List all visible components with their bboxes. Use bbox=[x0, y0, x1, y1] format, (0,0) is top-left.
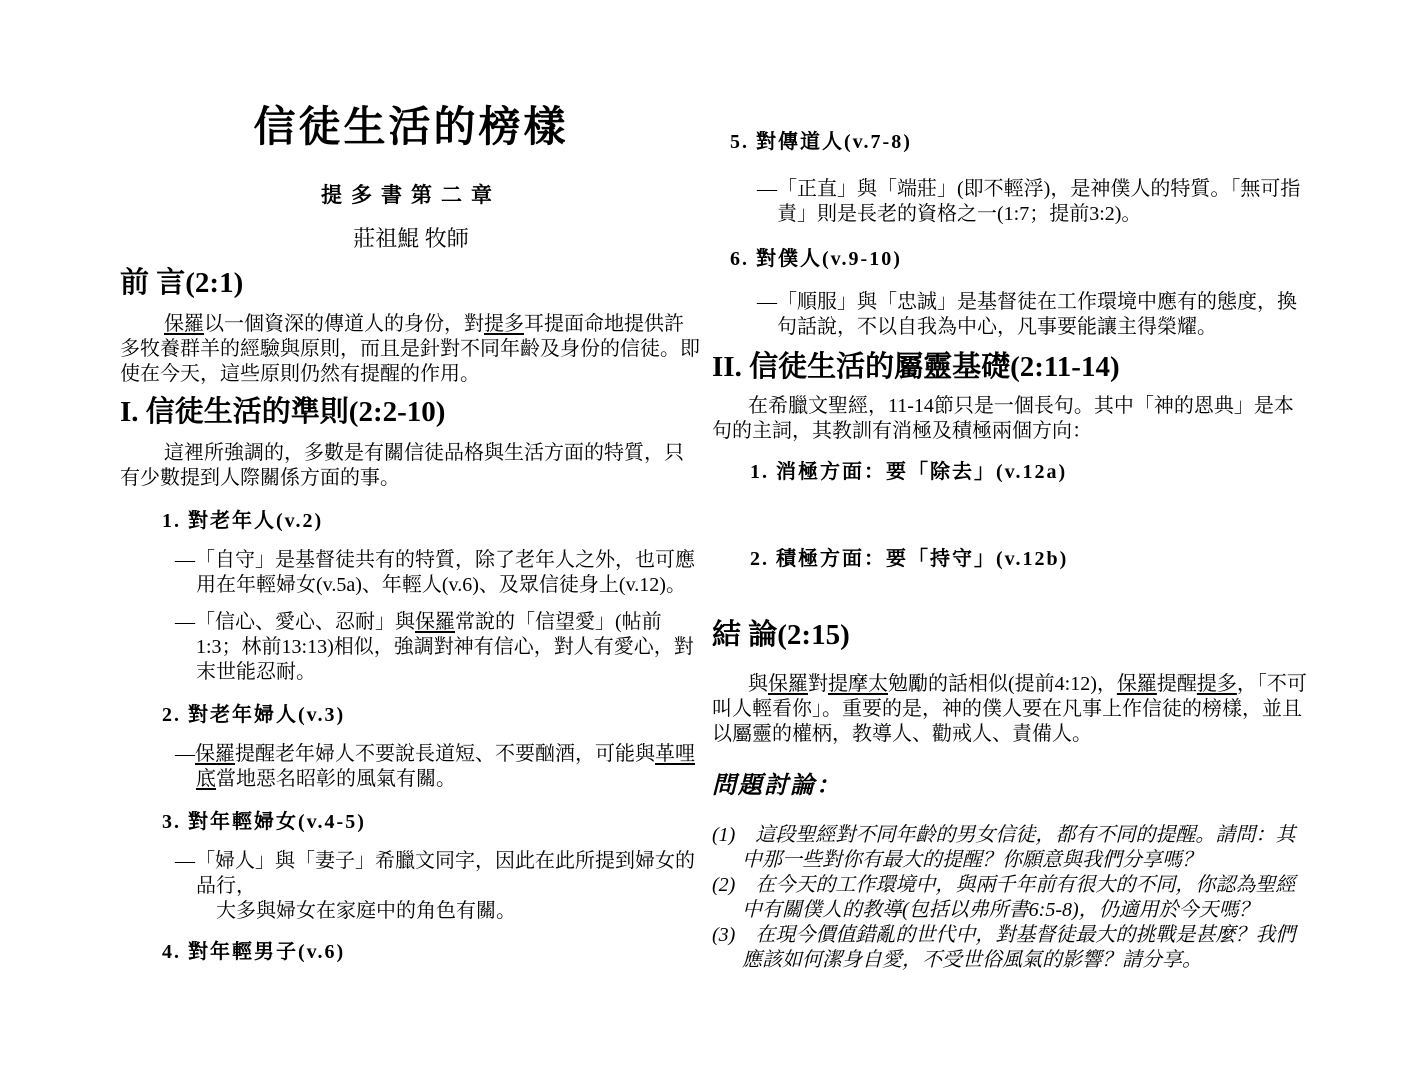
left-column: 信徒生活的榜樣 提多書第二章 莊祖鯤 牧師 前 言(2:1) 保羅以一個資深的傳… bbox=[120, 0, 702, 965]
underlined-text-run: 保羅 bbox=[415, 611, 455, 633]
conclusion-heading: 結 論(2:15) bbox=[712, 618, 1308, 652]
list-item-2-label: 2. 對老年婦人(v.3) bbox=[162, 703, 702, 728]
underlined-text-run: 提摩太 bbox=[828, 673, 888, 695]
text-run: —「自守」是基督徒共有的特質，除了老年人之外，也可應用在年輕婦女(v.5a)、年… bbox=[175, 549, 695, 596]
list-item-4-label: 4. 對年輕男子(v.6) bbox=[162, 940, 702, 965]
text-run: 提醒老年婦人不要說長道短、不要酗酒，可能與 bbox=[235, 743, 655, 765]
list-item-1-label: 1. 對老年人(v.2) bbox=[162, 509, 702, 534]
discussion-question-2: (2) 在今天的工作環境中，與兩千年前有很大的不同，你認為聖經中有關僕人的教導(… bbox=[712, 873, 1308, 923]
text-run: 大多與婦女在家庭中的角色有關。 bbox=[216, 900, 516, 922]
document-title: 信徒生活的榜樣 bbox=[120, 104, 702, 152]
text-run: —「信心、愛心、忍耐」與 bbox=[175, 611, 415, 633]
underlined-text-run: 保羅 bbox=[1117, 673, 1157, 695]
underlined-text-run: 保羅 bbox=[195, 743, 235, 765]
list-item-3-note-2: 大多與婦女在家庭中的角色有關。 bbox=[120, 899, 702, 924]
text-run: 提醒 bbox=[1157, 673, 1197, 695]
underlined-text-run: 保羅 bbox=[768, 673, 808, 695]
list-item-6-note-1: —「順服」與「忠誠」是基督徒在工作環境中應有的態度，換句話說，不以自我為中心，凡… bbox=[712, 290, 1308, 340]
intro-heading: 前 言(2:1) bbox=[120, 266, 702, 300]
list-item-2-note-1: —保羅提醒老年婦人不要說長道短、不要酗酒，可能與革哩底當地惡名昭彰的風氣有關。 bbox=[120, 742, 702, 792]
section-2-paragraph: 在希臘文聖經，11-14節只是一個長句。其中「神的恩典」是本句的主詞，其教訓有消… bbox=[712, 394, 1308, 444]
conclusion-paragraph: 與保羅對提摩太勉勵的話相似(提前4:12)，保羅提醒提多，「不可叫人輕看你」。重… bbox=[712, 672, 1308, 747]
author-line: 莊祖鯤 牧師 bbox=[120, 225, 702, 253]
document-page: 信徒生活的榜樣 提多書第二章 莊祖鯤 牧師 前 言(2:1) 保羅以一個資深的傳… bbox=[0, 0, 1408, 1088]
underlined-text-run: 提多 bbox=[484, 313, 524, 335]
list-item-1-note-1: —「自守」是基督徒共有的特質，除了老年人之外，也可應用在年輕婦女(v.5a)、年… bbox=[120, 548, 702, 598]
intro-paragraph: 保羅以一個資深的傳道人的身份，對提多耳提面命地提供許多牧養群羊的經驗與原則，而且… bbox=[120, 312, 702, 387]
section-1-paragraph: 這裡所強調的，多數是有關信徒品格與生活方面的特質，只有少數提到人際關係方面的事。 bbox=[120, 441, 702, 491]
list-item-5-label: 5. 對傳道人(v.7-8) bbox=[730, 130, 1308, 155]
sub-item-1-label: 1. 消極方面：要「除去」(v.12a) bbox=[750, 460, 1308, 485]
text-run: 以一個資深的傳道人的身份，對 bbox=[204, 313, 484, 335]
right-column: 5. 對傳道人(v.7-8) —「正直」與「端莊」(即不輕浮)，是神僕人的特質。… bbox=[712, 0, 1308, 973]
discussion-heading: 問題討論： bbox=[712, 771, 1308, 801]
text-run: — bbox=[175, 743, 195, 765]
document-subtitle: 提多書第二章 bbox=[120, 182, 702, 208]
list-item-3-note-1: —「婦人」與「妻子」希臘文同字，因此在此所提到婦女的品行， bbox=[120, 849, 702, 899]
list-item-6-label: 6. 對僕人(v.9-10) bbox=[730, 247, 1308, 272]
text-run: 當地惡名昭彰的風氣有關。 bbox=[216, 768, 456, 790]
discussion-question-1: (1) 這段聖經對不同年齡的男女信徒，都有不同的提醒。請問：其中那一些對你有最大… bbox=[712, 823, 1308, 873]
text-run: —「正直」與「端莊」(即不輕浮)，是神僕人的特質。「無可指責」則是長老的資格之一… bbox=[757, 178, 1300, 225]
list-item-3-label: 3. 對年輕婦女(v.4-5) bbox=[162, 810, 702, 835]
list-item-1-note-2: —「信心、愛心、忍耐」與保羅常說的「信望愛」(帖前1:3；林前13:13)相似，… bbox=[120, 610, 702, 685]
section-1-heading: I. 信徒生活的準則(2:2-10) bbox=[120, 395, 702, 429]
text-run: 與 bbox=[748, 673, 768, 695]
underlined-text-run: 提多 bbox=[1197, 673, 1237, 695]
text-run: —「順服」與「忠誠」是基督徒在工作環境中應有的態度，換句話說，不以自我為中心，凡… bbox=[757, 291, 1297, 338]
list-item-5-note-1: —「正直」與「端莊」(即不輕浮)，是神僕人的特質。「無可指責」則是長老的資格之一… bbox=[712, 177, 1308, 227]
text-run: 勉勵的話相似(提前4:12)， bbox=[888, 673, 1117, 695]
sub-item-2-label: 2. 積極方面：要「持守」(v.12b) bbox=[750, 547, 1308, 572]
discussion-question-3: (3) 在現今價值錯亂的世代中，對基督徒最大的挑戰是甚麼？我們應該如何潔身自愛，… bbox=[712, 923, 1308, 973]
section-2-heading: II. 信徒生活的屬靈基礎(2:11-14) bbox=[712, 350, 1308, 384]
text-run: —「婦人」與「妻子」希臘文同字，因此在此所提到婦女的品行， bbox=[175, 850, 695, 897]
underlined-text-run: 保羅 bbox=[164, 313, 204, 335]
text-run: 對 bbox=[808, 673, 828, 695]
